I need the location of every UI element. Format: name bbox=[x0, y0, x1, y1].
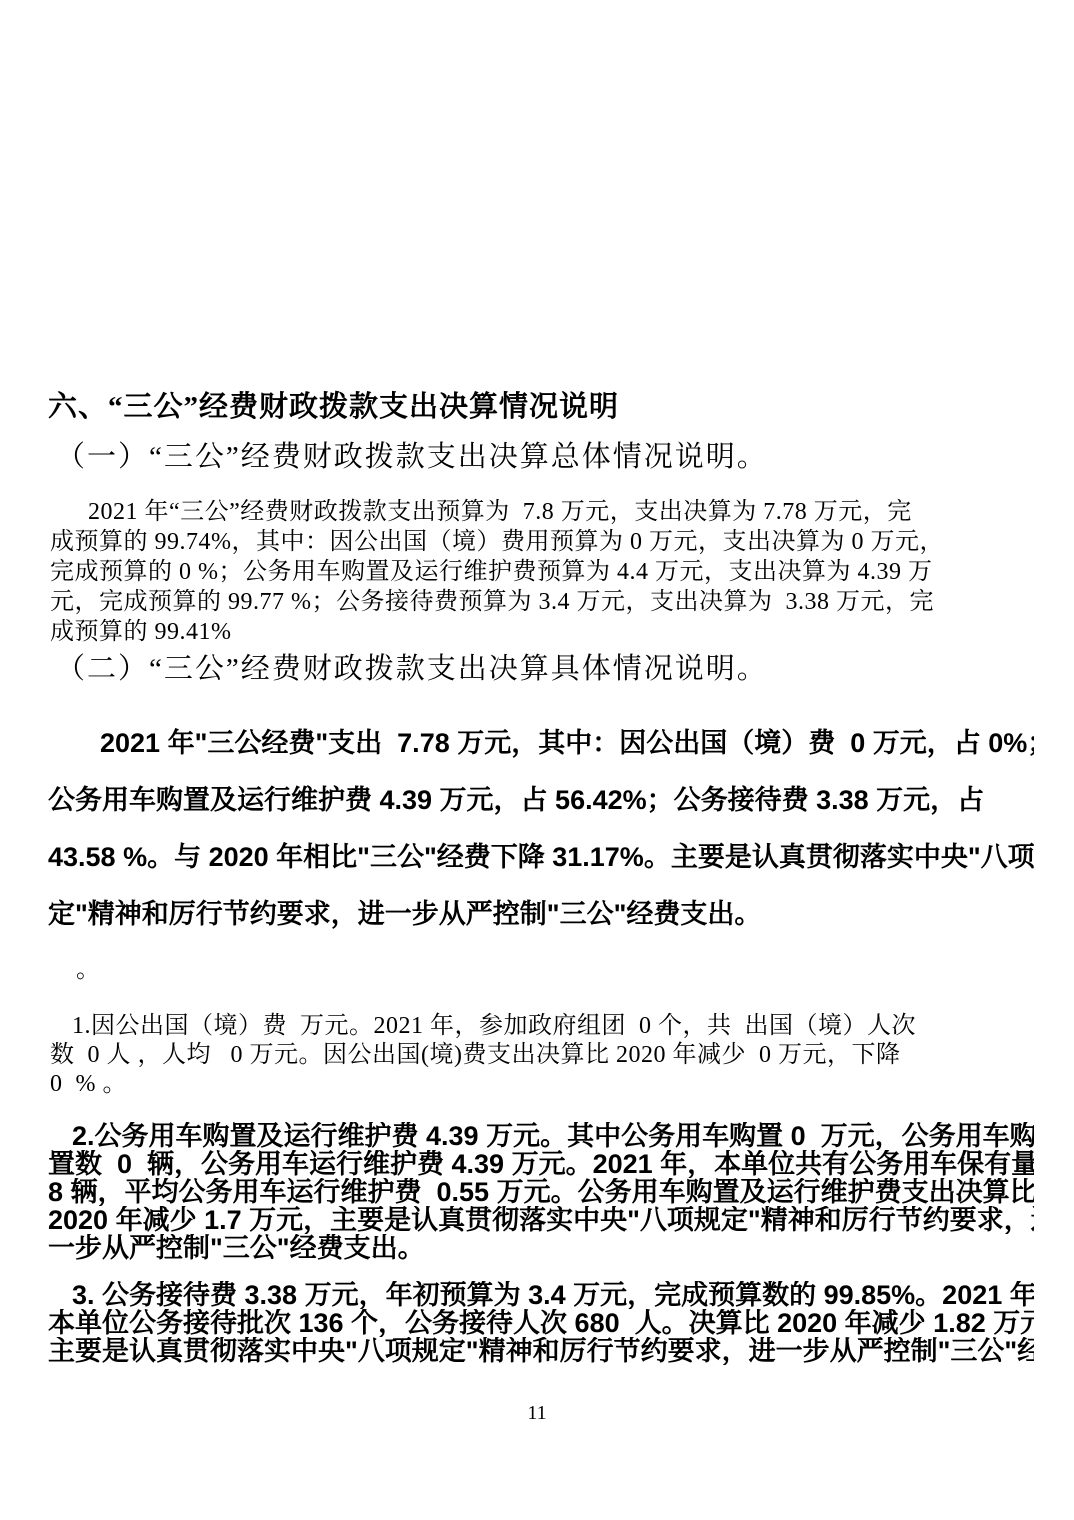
text-line: 完成预算的 0 %；公务用车购置及运行维护费预算为 4.4 万元，支出决算为 4… bbox=[50, 557, 1036, 587]
summary-paragraph: 2021 年"三公经费"支出 7.78 万元，其中：因公出国（境）费 0 万元，… bbox=[48, 715, 1034, 943]
text-line: 43.58 %。与 2020 年相比"三公"经费下降 31.17%。主要是认真贯… bbox=[48, 829, 1034, 886]
item2-vehicle-paragraph: 2.公务用车购置及运行维护费 4.39 万元。其中公务用车购置 0 万元，公务用… bbox=[48, 1122, 1034, 1262]
text-line: 定"精神和厉行节约要求，进一步从严控制"三公"经费支出。 bbox=[48, 886, 1034, 943]
text-line: 2021 年"三公经费"支出 7.78 万元，其中：因公出国（境）费 0 万元，… bbox=[48, 715, 1034, 772]
standalone-period: 。 bbox=[76, 955, 1062, 985]
text-line: 8 辆，平均公务用车运行维护费 0.55 万元。公务用车购置及运行维护费支出决算… bbox=[48, 1178, 1034, 1206]
text-line: 成预算的 99.74%，其中：因公出国（境）费用预算为 0 万元，支出决算为 0… bbox=[50, 527, 1036, 557]
text-line: 本单位公务接待批次 136 个，公务接待人次 680 人。决算比 2020 年减… bbox=[48, 1309, 1034, 1337]
text-line: 一步从严控制"三公"经费支出。 bbox=[48, 1234, 1034, 1262]
text-line: 置数 0 辆，公务用车运行维护费 4.39 万元。2021 年，本单位共有公务用… bbox=[48, 1150, 1034, 1178]
section-heading: 六、“三公”经费财政拨款支出决算情况说明 bbox=[48, 390, 1034, 424]
text-line: 2.公务用车购置及运行维护费 4.39 万元。其中公务用车购置 0 万元，公务用… bbox=[48, 1122, 1034, 1150]
document-page: 六、“三公”经费财政拨款支出决算情况说明 （一）“三公”经费财政拨款支出决算总体… bbox=[0, 0, 1074, 1520]
text-line: 0 % 。 bbox=[50, 1070, 1036, 1099]
subsection-one-heading-text: （一）“三公”经费财政拨款支出决算总体情况说明。 bbox=[56, 439, 1042, 475]
text-line: 。 bbox=[76, 955, 1062, 985]
overview-paragraph: 2021 年“三公”经费财政拨款支出预算为 7.8 万元，支出决算为 7.78 … bbox=[50, 497, 1036, 647]
text-line: 公务用车购置及运行维护费 4.39 万元，占 56.42%；公务接待费 3.38… bbox=[48, 772, 1034, 829]
text-line: 1.因公出国（境）费 万元。2021 年，参加政府组团 0 个，共 出国（境）人… bbox=[50, 1012, 1036, 1041]
text-line: 元，完成预算的 99.77 %；公务接待费预算为 3.4 万元，支出决算为 3.… bbox=[50, 587, 1036, 617]
item1-abroad-paragraph: 1.因公出国（境）费 万元。2021 年，参加政府组团 0 个，共 出国（境）人… bbox=[50, 1012, 1036, 1099]
text-line: 数 0 人 ，人均 0 万元。因公出国(境)费支出决算比 2020 年减少 0 … bbox=[50, 1041, 1036, 1070]
page-number: 11 bbox=[0, 1400, 1074, 1426]
subsection-two-heading-text: （二）“三公”经费财政拨款支出决算具体情况说明。 bbox=[56, 651, 1042, 687]
item3-reception-paragraph: 3. 公务接待费 3.38 万元，年初预算为 3.4 万元，完成预算数的 99.… bbox=[48, 1281, 1034, 1365]
subsection-two-heading: （二）“三公”经费财政拨款支出决算具体情况说明。 bbox=[56, 651, 1042, 687]
text-line: 成预算的 99.41% bbox=[50, 617, 1036, 647]
text-line: 3. 公务接待费 3.38 万元，年初预算为 3.4 万元，完成预算数的 99.… bbox=[48, 1281, 1034, 1309]
section-heading-text: 六、“三公”经费财政拨款支出决算情况说明 bbox=[48, 390, 1034, 424]
text-line: 2021 年“三公”经费财政拨款支出预算为 7.8 万元，支出决算为 7.78 … bbox=[50, 497, 1036, 527]
text-line: 主要是认真贯彻落实中央"八项规定"精神和厉行节约要求，进一步从严控制"三公"经费 bbox=[48, 1337, 1034, 1365]
text-line: 2020 年减少 1.7 万元，主要是认真贯彻落实中央"八项规定"精神和厉行节约… bbox=[48, 1206, 1034, 1234]
subsection-one-heading: （一）“三公”经费财政拨款支出决算总体情况说明。 bbox=[56, 439, 1042, 475]
